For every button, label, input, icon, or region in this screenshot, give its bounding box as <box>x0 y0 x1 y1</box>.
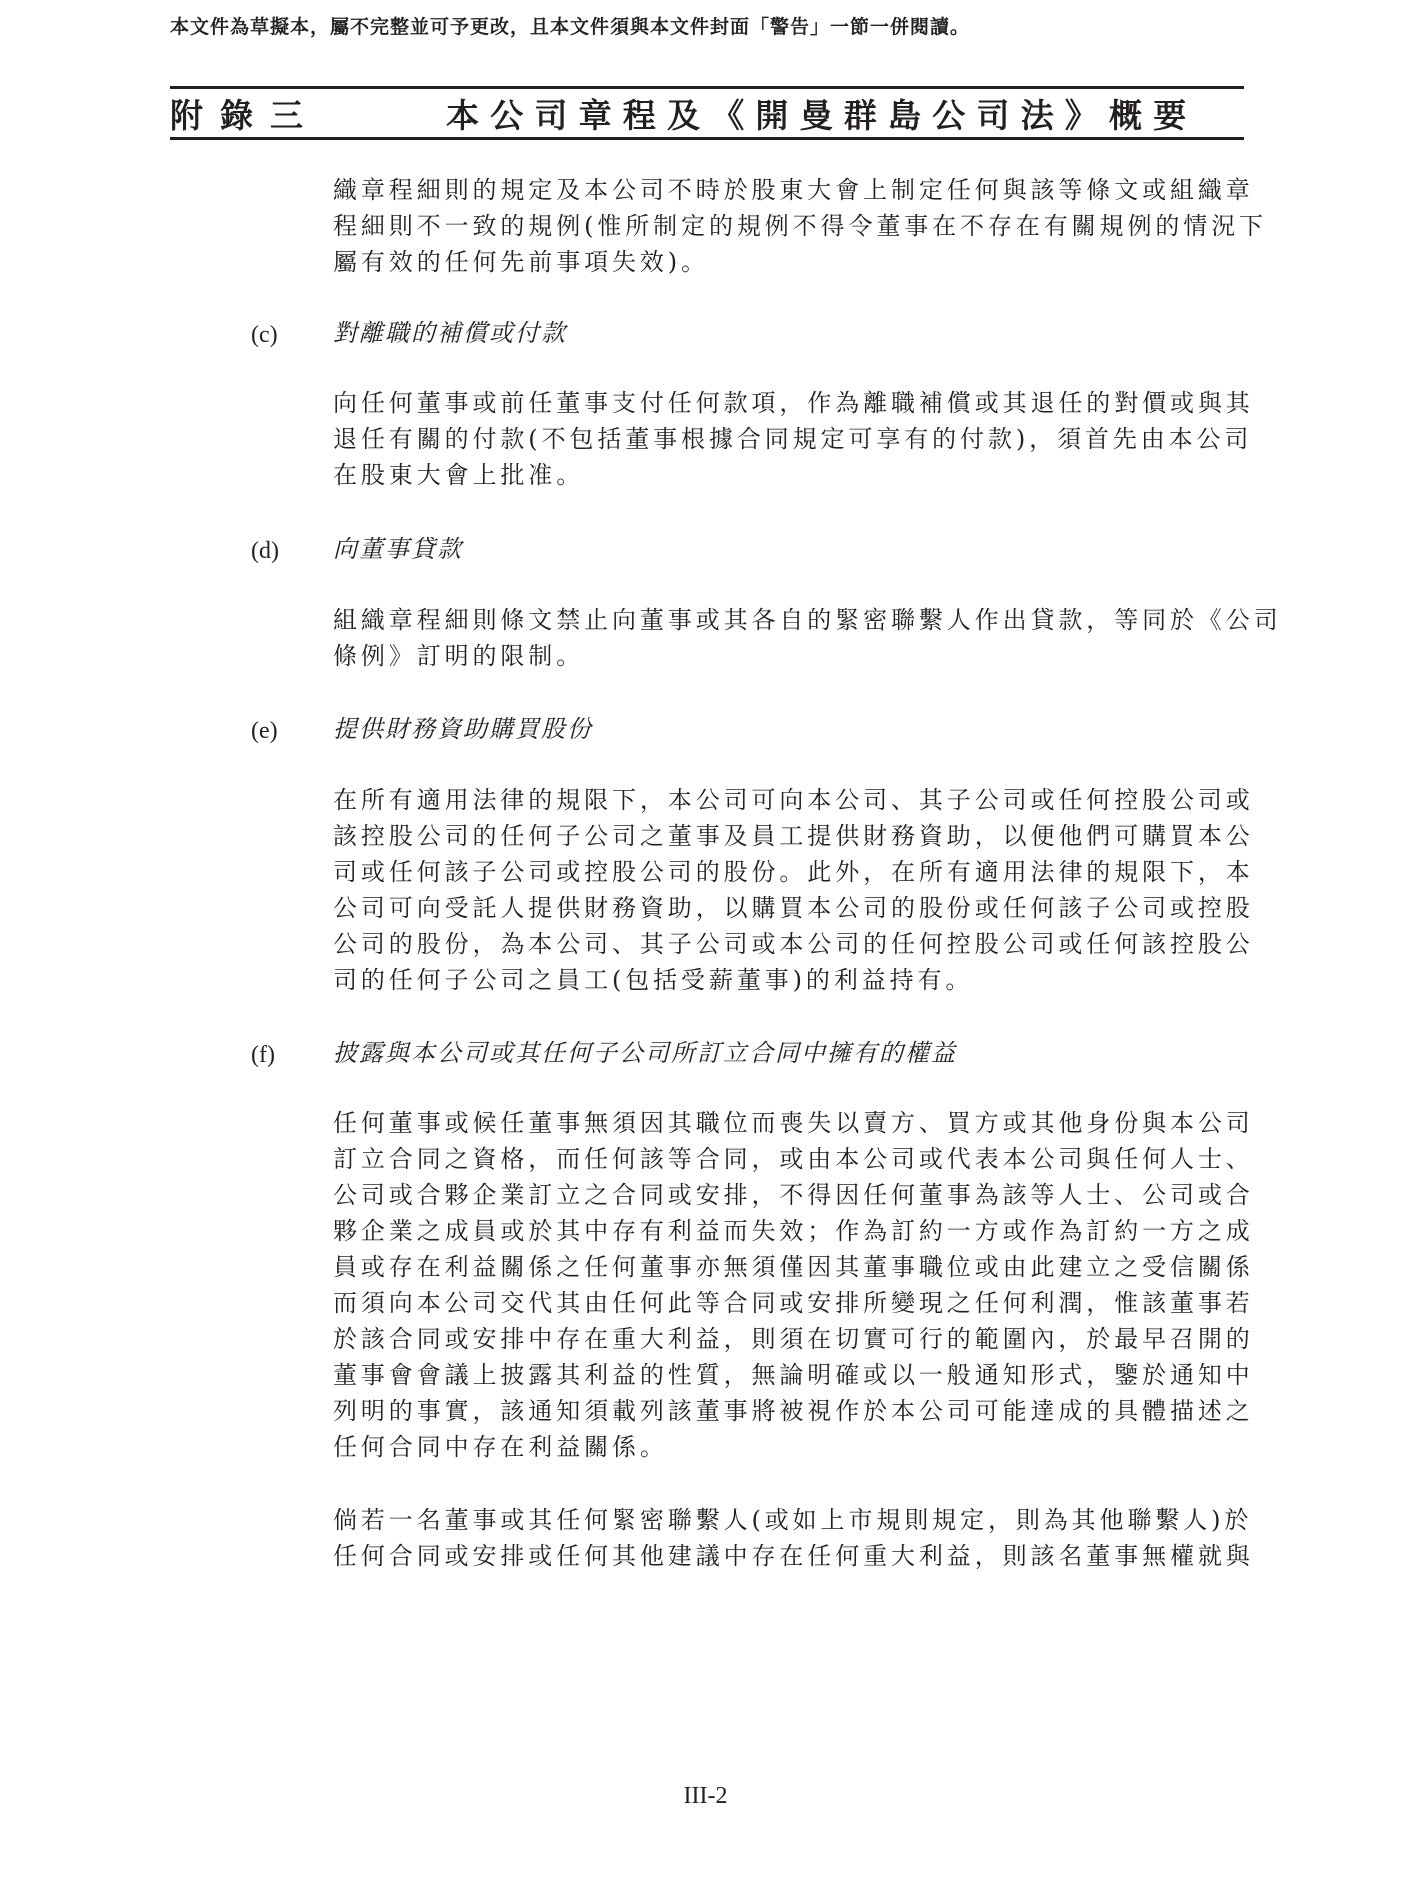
text-line: 司的任何子公司之員工(包括受薪董事)的利益持有。 <box>333 962 1253 998</box>
section-c-paragraph: 向任何董事或前任董事支付任何款項，作為離職補償或其退任的對價或與其 退任有關的付… <box>333 385 1253 493</box>
section-heading-e: 提供財務資助購買股份 <box>333 714 593 744</box>
text-line: 員或存在利益關係之任何董事亦無須僅因其董事職位或由此建立之受信關係 <box>333 1249 1253 1285</box>
text-line: 織章程細則的規定及本公司不時於股東大會上制定任何與該等條文或組織章 <box>333 172 1253 208</box>
text-line: 於該合同或安排中存在重大利益，則須在切實可行的範圍內，於最早召開的 <box>333 1321 1253 1357</box>
section-label-c: (c) <box>251 320 278 350</box>
text-line: 該控股公司的任何子公司之董事及員工提供財務資助，以便他們可購買本公 <box>333 818 1253 854</box>
text-line: 任何合同中存在利益關係。 <box>333 1429 1253 1465</box>
section-heading-f: 披露與本公司或其任何子公司所訂立合同中擁有的權益 <box>333 1038 957 1068</box>
section-e-paragraph: 在所有適用法律的規限下，本公司可向本公司、其子公司或任何控股公司或 該控股公司的… <box>333 782 1253 998</box>
header-rule-top <box>170 86 1244 89</box>
section-label-e: (e) <box>251 716 278 746</box>
intro-paragraph: 織章程細則的規定及本公司不時於股東大會上制定任何與該等條文或組織章 程細則不一致… <box>333 172 1253 280</box>
section-heading-d: 向董事貸款 <box>333 534 463 564</box>
draft-notice: 本文件為草擬本，屬不完整並可予更改，且本文件須與本文件封面「警告」一節一併閱讀。 <box>170 14 1250 40</box>
text-line: 在股東大會上批准。 <box>333 457 1253 493</box>
text-line: 倘若一名董事或其任何緊密聯繫人(或如上市規則規定，則為其他聯繫人)於 <box>333 1502 1253 1538</box>
text-line: 任何董事或候任董事無須因其職位而喪失以賣方、買方或其他身份與本公司 <box>333 1105 1253 1141</box>
text-line: 屬有效的任何先前事項失效)。 <box>333 244 1253 280</box>
text-line: 訂立合同之資格，而任何該等合同，或由本公司或代表本公司與任何人士、 <box>333 1141 1253 1177</box>
section-heading-c: 對離職的補償或付款 <box>333 318 567 348</box>
text-line: 程細則不一致的規例(惟所制定的規例不得令董事在不存在有關規例的情況下 <box>333 208 1253 244</box>
text-line: 列明的事實，該通知須載列該董事將被視作於本公司可能達成的具體描述之 <box>333 1393 1253 1429</box>
header-rule-bottom <box>170 137 1244 140</box>
section-f-paragraph-2: 倘若一名董事或其任何緊密聯繫人(或如上市規則規定，則為其他聯繫人)於 任何合同或… <box>333 1502 1253 1574</box>
section-f-paragraph-1: 任何董事或候任董事無須因其職位而喪失以賣方、買方或其他身份與本公司 訂立合同之資… <box>333 1105 1253 1465</box>
text-line: 向任何董事或前任董事支付任何款項，作為離職補償或其退任的對價或與其 <box>333 385 1253 421</box>
text-line: 在所有適用法律的規限下，本公司可向本公司、其子公司或任何控股公司或 <box>333 782 1253 818</box>
text-line: 公司可向受託人提供財務資助，以購買本公司的股份或任何該子公司或控股 <box>333 890 1253 926</box>
page-title: 本公司章程及《開曼群島公司法》概要 <box>446 96 1246 136</box>
text-line: 條例》訂明的限制。 <box>333 638 1253 674</box>
text-line: 夥企業之成員或於其中存有利益而失效；作為訂約一方或作為訂約一方之成 <box>333 1213 1253 1249</box>
text-line: 公司或合夥企業訂立之合同或安排，不得因任何董事為該等人士、公司或合 <box>333 1177 1253 1213</box>
section-label-f: (f) <box>251 1040 275 1070</box>
appendix-label: 附錄三 <box>170 96 320 136</box>
text-line: 司或任何該子公司或控股公司的股份。此外，在所有適用法律的規限下，本 <box>333 854 1253 890</box>
page-number: III-2 <box>0 1781 1411 1811</box>
text-line: 而須向本公司交代其由任何此等合同或安排所變現之任何利潤，惟該董事若 <box>333 1285 1253 1321</box>
section-d-paragraph: 組織章程細則條文禁止向董事或其各自的緊密聯繫人作出貸款，等同於《公司 條例》訂明… <box>333 602 1253 674</box>
section-label-d: (d) <box>251 536 279 566</box>
text-line: 董事會會議上披露其利益的性質，無論明確或以一般通知形式，鑒於通知中 <box>333 1357 1253 1393</box>
text-line: 任何合同或安排或任何其他建議中存在任何重大利益，則該名董事無權就與 <box>333 1538 1253 1574</box>
text-line: 退任有關的付款(不包括董事根據合同規定可享有的付款)，須首先由本公司 <box>333 421 1253 457</box>
text-line: 公司的股份，為本公司、其子公司或本公司的任何控股公司或任何該控股公 <box>333 926 1253 962</box>
text-line: 組織章程細則條文禁止向董事或其各自的緊密聯繫人作出貸款，等同於《公司 <box>333 602 1253 638</box>
